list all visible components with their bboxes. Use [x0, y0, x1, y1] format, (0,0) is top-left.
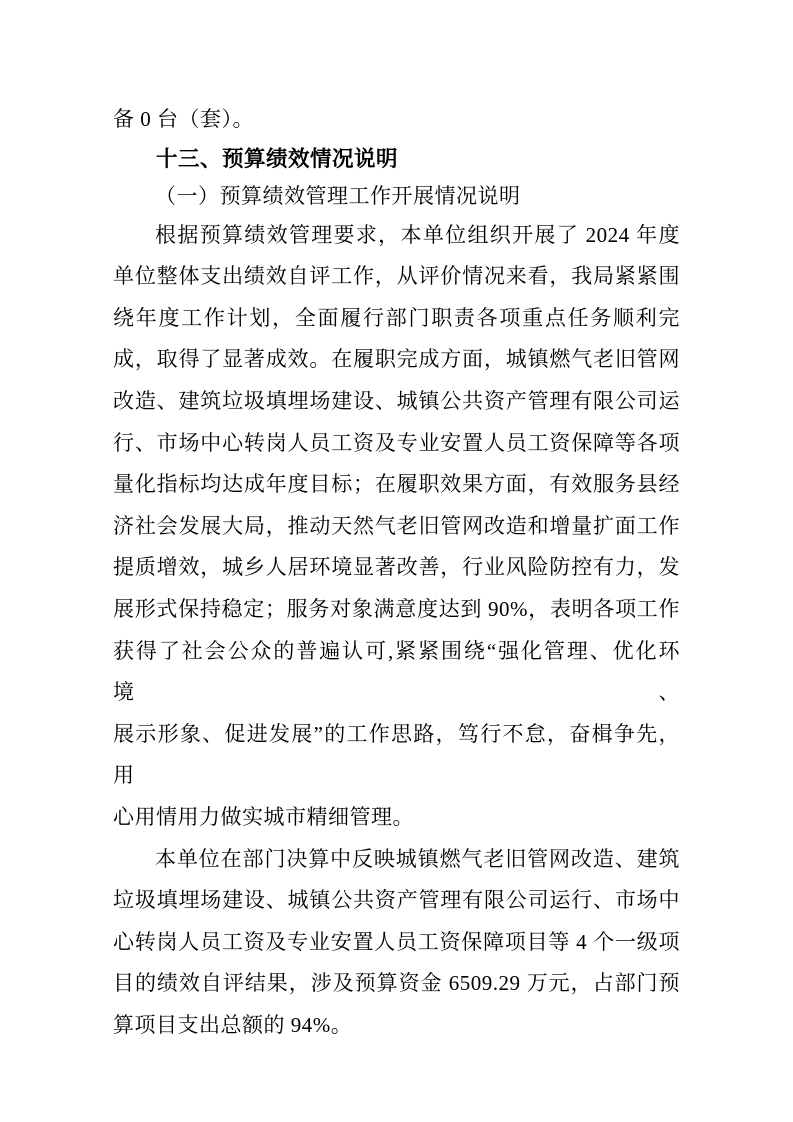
text-line: 垃圾填埋场建设、城镇公共资产管理有限公司运行、市场中 — [113, 880, 680, 922]
text-line: 改造、建筑垃圾填埋场建设、城镇公共资产管理有限公司运 — [113, 381, 680, 423]
text-line: 成，取得了显著成效。在履职完成方面，城镇燃气老旧管网 — [113, 339, 680, 381]
text-line: 展示形象、促进发展”的工作思路，笃行不怠，奋楫争先，用 — [113, 714, 680, 797]
text-line: 目的绩效自评结果，涉及预算资金 6509.29 万元，占部门预 — [113, 963, 680, 1005]
text-content: 备 0 台（套）。十三、预算绩效情况说明（一）预算绩效管理工作开展情况说明根据预… — [113, 99, 680, 1046]
text-line: 根据预算绩效管理要求，本单位组织开展了 2024 年度 — [113, 215, 680, 257]
text-line: 心用情用力做实城市精细管理。 — [113, 797, 680, 839]
text-line: 获得了社会公众的普遍认可,紧紧围绕“强化管理、优化环境、 — [113, 631, 680, 714]
text-line: 济社会发展大局，推动天然气老旧管网改造和增量扩面工作 — [113, 506, 680, 548]
text-line: 算项目支出总额的 94%。 — [113, 1005, 680, 1047]
text-line: 心转岗人员工资及专业安置人员工资保障项目等 4 个一级项 — [113, 922, 680, 964]
text-line: 行、市场中心转岗人员工资及专业安置人员工资保障等各项 — [113, 423, 680, 465]
text-line: 本单位在部门决算中反映城镇燃气老旧管网改造、建筑 — [113, 839, 680, 881]
text-line: 展形式保持稳定；服务对象满意度达到 90%，表明各项工作 — [113, 589, 680, 631]
text-line: 单位整体支出绩效自评工作，从评价情况来看，我局紧紧围 — [113, 256, 680, 298]
text-line: 提质增效，城乡人居环境显著改善，行业风险防控有力，发 — [113, 547, 680, 589]
section-heading: 十三、预算绩效情况说明 — [113, 141, 680, 178]
text-line: 绕年度工作计划，全面履行部门职责各项重点任务顺利完 — [113, 298, 680, 340]
document-page: 备 0 台（套）。十三、预算绩效情况说明（一）预算绩效管理工作开展情况说明根据预… — [0, 0, 793, 1122]
text-line: 量化指标均达成年度目标；在履职效果方面，有效服务县经 — [113, 464, 680, 506]
text-line: 备 0 台（套）。 — [113, 99, 680, 141]
subsection-heading: （一）预算绩效管理工作开展情况说明 — [113, 178, 680, 215]
